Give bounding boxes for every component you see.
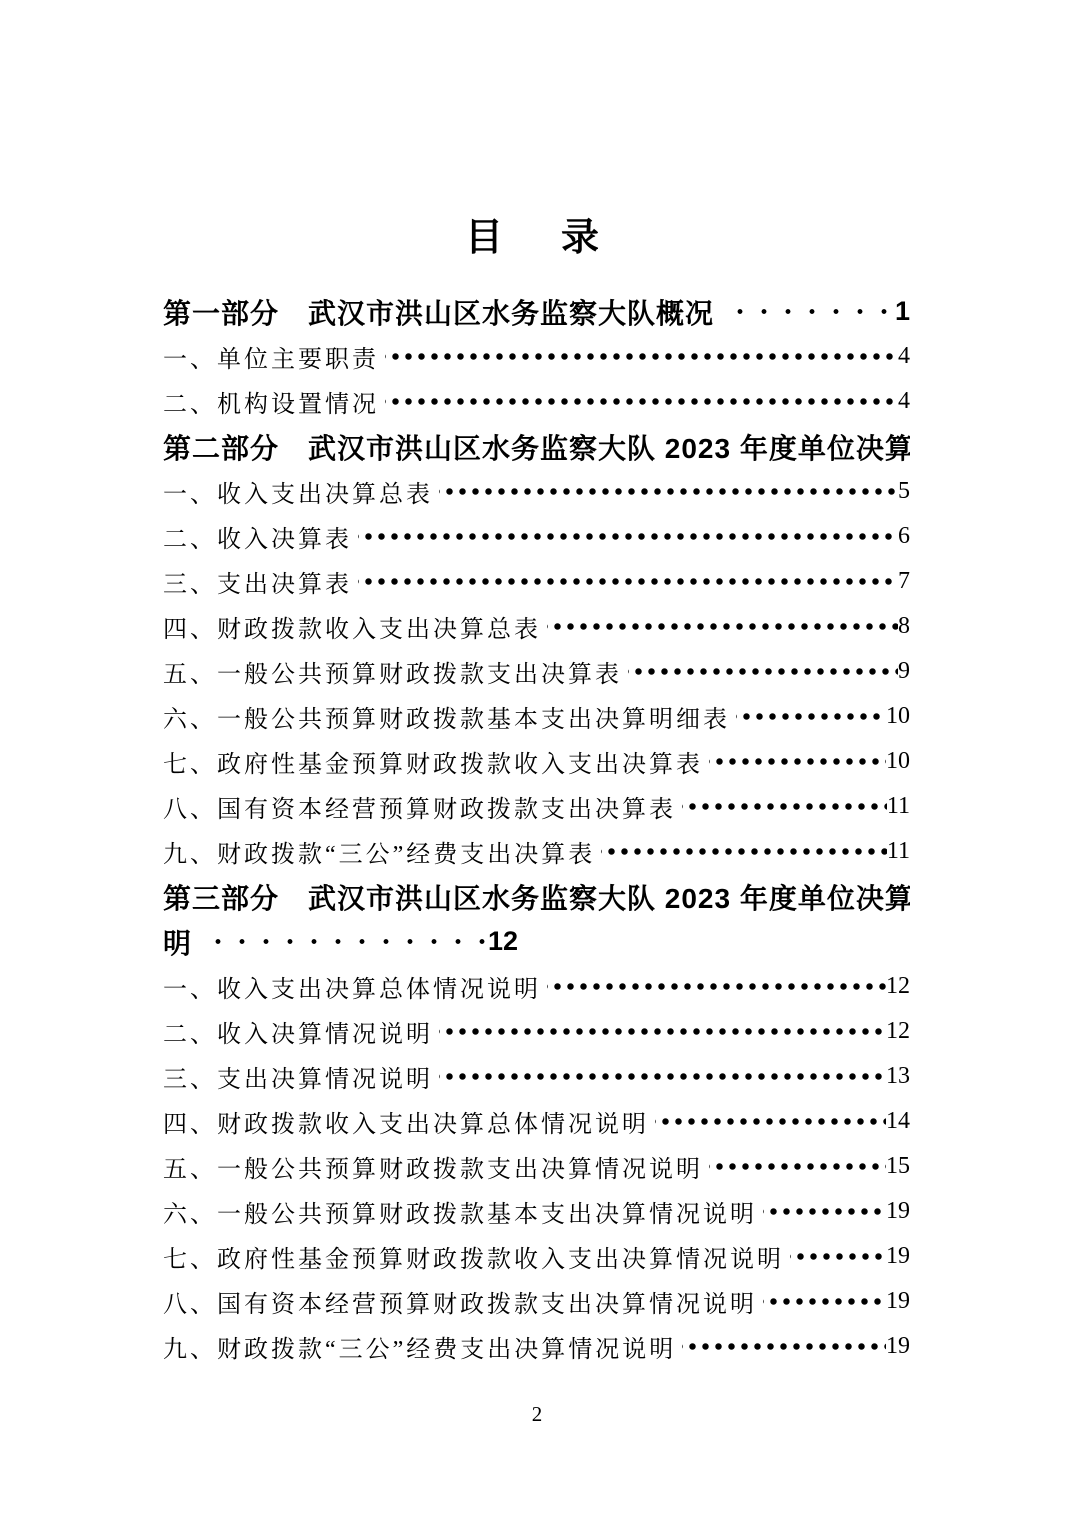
toc-entry-text: 第二部分 武汉市洪山区水务监察大队 2023 年度单位决算表 <box>163 427 910 467</box>
dot-leader <box>763 1189 886 1234</box>
dot-leader <box>358 514 898 559</box>
dot-leader <box>439 1054 886 1099</box>
toc-entry-text: 七、政府性基金预算财政拨款收入支出决算表 <box>163 744 703 779</box>
table-of-contents: 第一部分 武汉市洪山区水务监察大队概况 1 一、单位主要职责 4 二、机构设置情… <box>163 289 910 1369</box>
toc-entry-page: 6 <box>898 523 910 550</box>
dot-leader <box>198 919 488 964</box>
toc-entry-page: 4 <box>898 388 910 415</box>
toc-entry-text: 九、财政拨款“三公”经费支出决算情况说明 <box>163 1329 676 1364</box>
toc-entry-page: 10 <box>886 703 910 730</box>
dot-leader <box>439 469 898 514</box>
dot-leader <box>709 1144 886 1189</box>
dot-leader <box>709 739 886 784</box>
toc-item-entry: 五、一般公共预算财政拨款支出决算表 9 <box>163 649 910 694</box>
toc-item-entry: 四、财政拨款收入支出决算总体情况说明 14 <box>163 1099 910 1144</box>
toc-item-entry: 六、一般公共预算财政拨款基本支出决算明细表 10 <box>163 694 910 739</box>
toc-entry-page: 13 <box>886 1063 910 1090</box>
toc-item-entry: 二、机构设置情况 4 <box>163 379 910 424</box>
toc-entry-text: 第一部分 武汉市洪山区水务监察大队概况 <box>163 292 714 332</box>
toc-entry-page: 19 <box>886 1288 910 1315</box>
dot-leader <box>682 1324 886 1369</box>
dot-leader <box>547 604 898 649</box>
toc-entry-text: 第三部分 武汉市洪山区水务监察大队 2023 年度单位决算情况说 <box>163 877 910 917</box>
toc-item-entry: 七、政府性基金预算财政拨款收入支出决算表 10 <box>163 739 910 784</box>
toc-item-entry: 七、政府性基金预算财政拨款收入支出决算情况说明 19 <box>163 1234 910 1279</box>
dot-leader <box>720 289 895 334</box>
toc-entry-page: 14 <box>886 1108 910 1135</box>
toc-entry-text: 一、收入支出决算总表 <box>163 474 433 509</box>
toc-item-entry: 一、单位主要职责 4 <box>163 334 910 379</box>
toc-entry-text: 四、财政拨款收入支出决算总体情况说明 <box>163 1104 649 1139</box>
toc-entry-text: 八、国有资本经营预算财政拨款支出决算表 <box>163 789 676 824</box>
toc-entry-page: 5 <box>898 478 910 505</box>
toc-entry-text: 七、政府性基金预算财政拨款收入支出决算情况说明 <box>163 1239 784 1274</box>
toc-entry-page: 4 <box>898 343 910 370</box>
toc-entry-text: 三、支出决算情况说明 <box>163 1059 433 1094</box>
toc-item-entry: 八、国有资本经营预算财政拨款支出决算表 11 <box>163 784 910 829</box>
toc-entry-page: 12 <box>488 926 518 957</box>
toc-entry-page: 11 <box>887 838 910 865</box>
toc-item-entry: 一、收入支出决算总表 5 <box>163 469 910 514</box>
toc-item-entry: 一、收入支出决算总体情况说明 12 <box>163 964 910 1009</box>
toc-entry-text: 六、一般公共预算财政拨款基本支出决算明细表 <box>163 699 730 734</box>
toc-item-entry: 九、财政拨款“三公”经费支出决算表 11 <box>163 829 910 874</box>
toc-item-entry: 六、一般公共预算财政拨款基本支出决算情况说明 19 <box>163 1189 910 1234</box>
toc-entry-page: 10 <box>886 748 910 775</box>
dot-leader <box>601 829 887 874</box>
dot-leader <box>385 379 898 424</box>
toc-part-entry: 第二部分 武汉市洪山区水务监察大队 2023 年度单位决算表 5 <box>163 424 910 469</box>
toc-item-entry: 三、支出决算表 7 <box>163 559 910 604</box>
toc-entry-page: 19 <box>886 1333 910 1360</box>
toc-entry-page: 12 <box>886 1018 910 1045</box>
toc-item-entry: 二、收入决算表 6 <box>163 514 910 559</box>
toc-entry-text: 二、收入决算表 <box>163 519 352 554</box>
dot-leader <box>763 1279 886 1324</box>
toc-item-entry: 二、收入决算情况说明 12 <box>163 1009 910 1054</box>
toc-entry-text: 八、国有资本经营预算财政拨款支出决算情况说明 <box>163 1284 757 1319</box>
toc-entry-page: 11 <box>887 793 910 820</box>
toc-entry-text: 六、一般公共预算财政拨款基本支出决算情况说明 <box>163 1194 757 1229</box>
toc-entry-text: 二、收入决算情况说明 <box>163 1014 433 1049</box>
toc-entry-text: 九、财政拨款“三公”经费支出决算表 <box>163 834 595 869</box>
toc-entry-text: 四、财政拨款收入支出决算总表 <box>163 609 541 644</box>
toc-item-entry: 四、财政拨款收入支出决算总表 8 <box>163 604 910 649</box>
toc-entry-page: 7 <box>898 568 910 595</box>
page-title: 目 录 <box>0 206 1074 261</box>
toc-item-entry: 八、国有资本经营预算财政拨款支出决算情况说明 19 <box>163 1279 910 1324</box>
toc-entry-text: 一、收入支出决算总体情况说明 <box>163 969 541 1004</box>
dot-leader <box>628 649 898 694</box>
toc-entry-text: 明 <box>163 922 192 962</box>
toc-item-entry: 五、一般公共预算财政拨款支出决算情况说明 15 <box>163 1144 910 1189</box>
dot-leader <box>682 784 887 829</box>
toc-entry-page: 19 <box>886 1243 910 1270</box>
toc-entry-text: 一、单位主要职责 <box>163 339 379 374</box>
dot-leader <box>655 1099 886 1144</box>
toc-entry-text: 三、支出决算表 <box>163 564 352 599</box>
toc-entry-page: 15 <box>886 1153 910 1180</box>
toc-part-entry-line1: 第三部分 武汉市洪山区水务监察大队 2023 年度单位决算情况说 <box>163 874 910 919</box>
toc-entry-page: 9 <box>898 658 910 685</box>
toc-entry-text: 五、一般公共预算财政拨款支出决算情况说明 <box>163 1149 703 1184</box>
toc-entry-page: 12 <box>886 973 910 1000</box>
dot-leader <box>736 694 886 739</box>
footer-page-number: 2 <box>0 1402 1074 1427</box>
toc-entry-page: 1 <box>895 296 910 327</box>
dot-leader <box>439 1009 886 1054</box>
toc-entry-page: 8 <box>898 613 910 640</box>
document-page: 目 录 第一部分 武汉市洪山区水务监察大队概况 1 一、单位主要职责 4 二、机… <box>0 0 1074 1520</box>
toc-item-entry: 三、支出决算情况说明 13 <box>163 1054 910 1099</box>
toc-entry-text: 二、机构设置情况 <box>163 384 379 419</box>
dot-leader <box>547 964 886 1009</box>
dot-leader <box>385 334 898 379</box>
toc-part-entry-line2: 明 12 <box>163 919 910 964</box>
dot-leader <box>790 1234 886 1279</box>
toc-entry-text: 五、一般公共预算财政拨款支出决算表 <box>163 654 622 689</box>
toc-entry-page: 19 <box>886 1198 910 1225</box>
toc-item-entry: 九、财政拨款“三公”经费支出决算情况说明 19 <box>163 1324 910 1369</box>
dot-leader <box>358 559 898 604</box>
toc-part-entry: 第一部分 武汉市洪山区水务监察大队概况 1 <box>163 289 910 334</box>
